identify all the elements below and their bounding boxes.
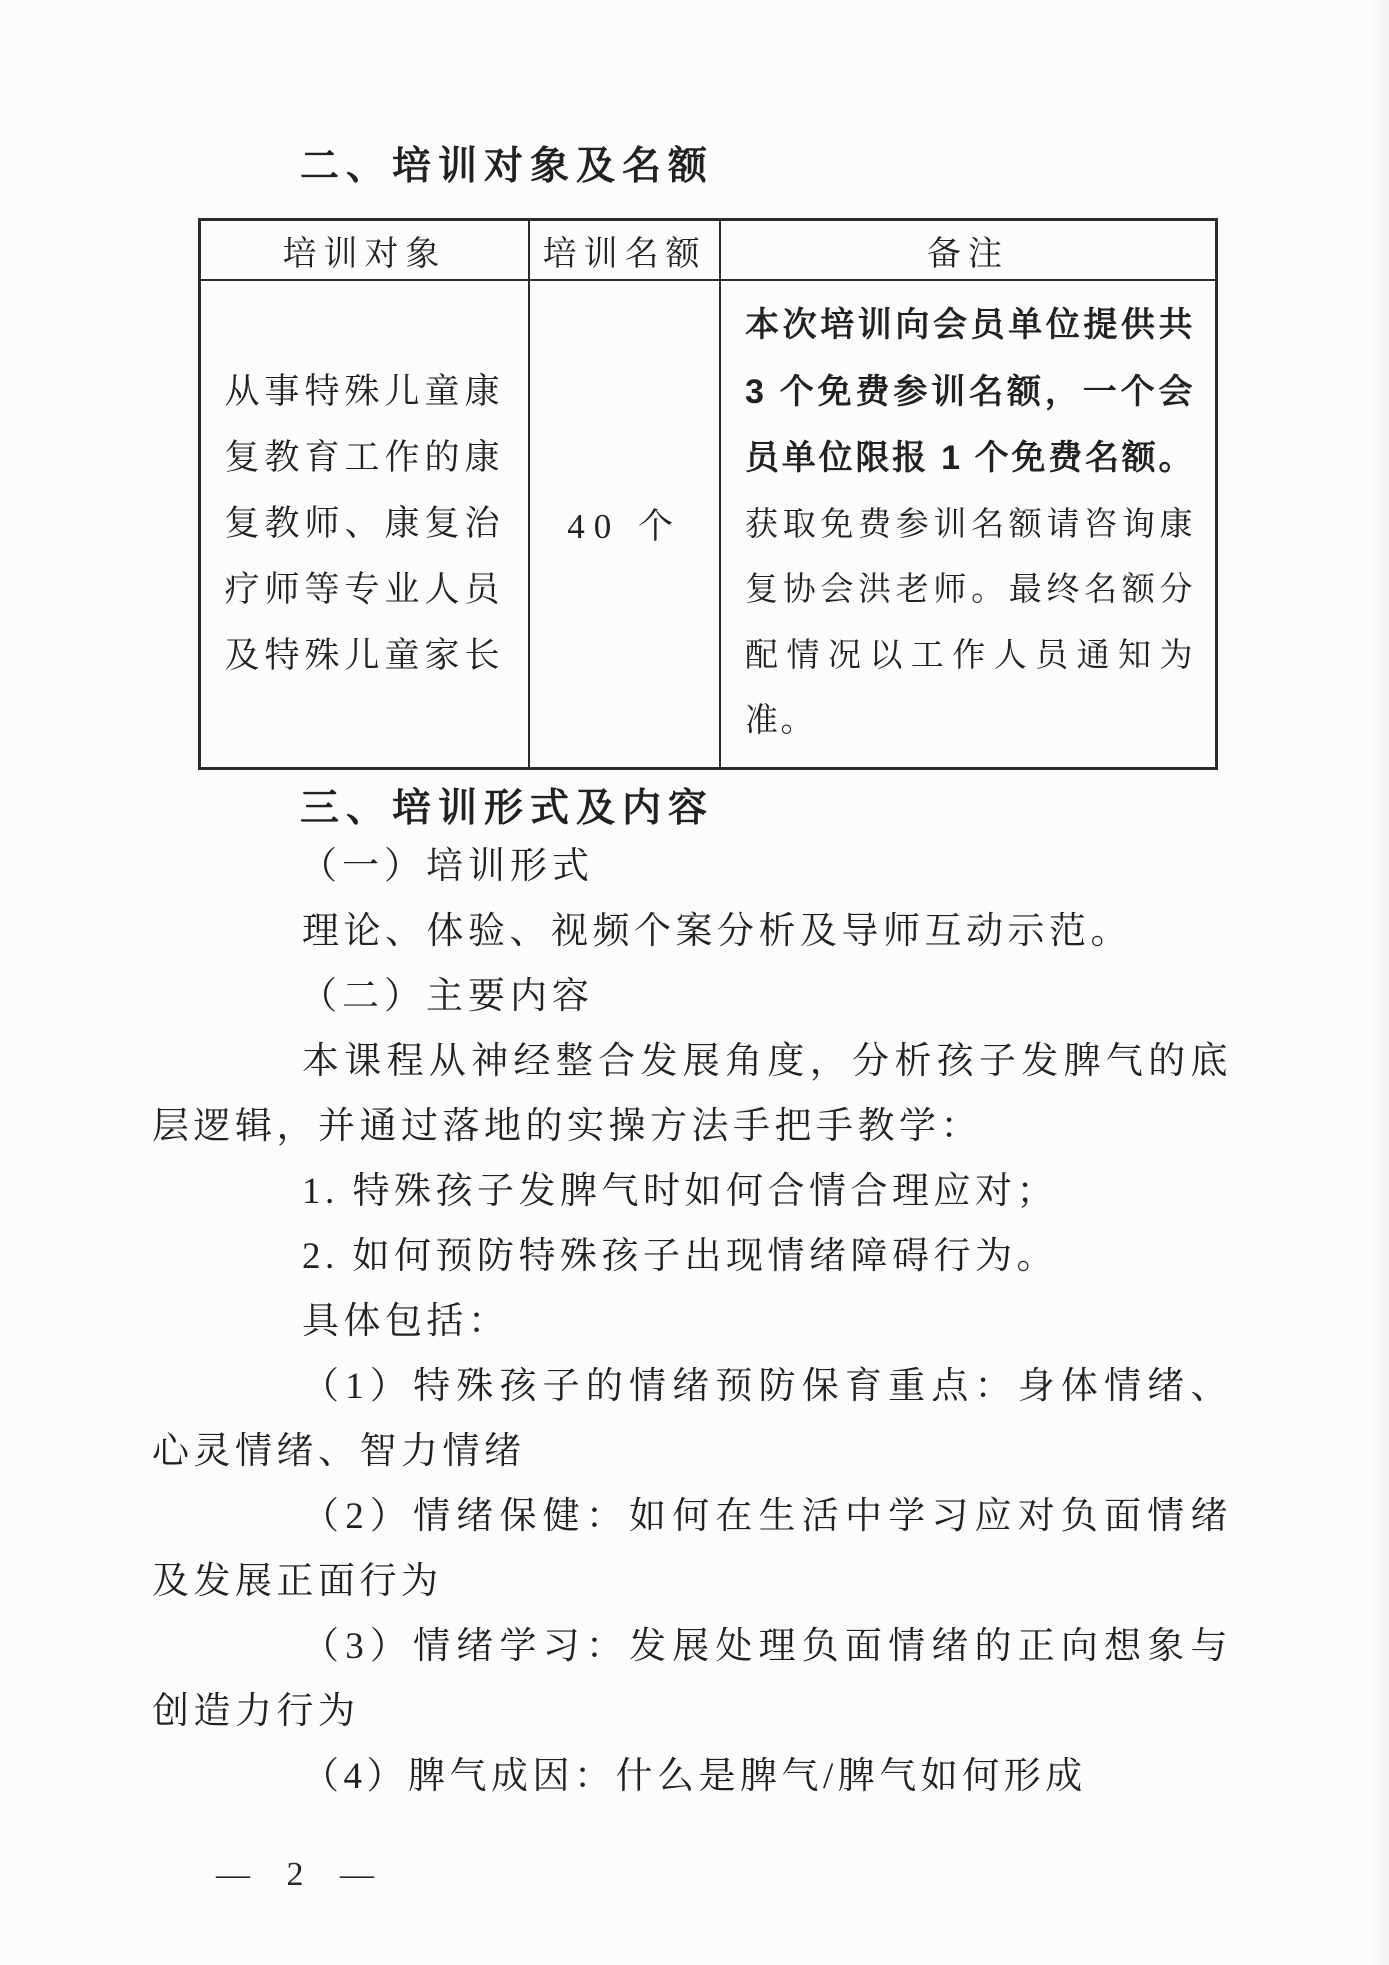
course-point-2: （2）情绪保健：如何在生活中学习应对负面情绪及发展正面行为: [152, 1484, 1232, 1614]
col-header-training-quota: 培训名额: [529, 220, 720, 281]
course-item-1: 1. 特殊孩子发脾气时如何合情合理应对；: [152, 1159, 1232, 1224]
section3-heading: 三、培训形式及内容: [152, 784, 1232, 834]
cell-remarks: 本次培训向会员单位提供共 3 个免费参训名额，一个会员单位限报 1 个免费名额。…: [720, 280, 1216, 768]
remarks-regular-text: 获取免费参训名额请咨询康复协会洪老师。最终名额分配情况以工作人员通知为准。: [745, 507, 1195, 740]
course-point-1: （1）特殊孩子的情绪预防保育重点：身体情绪、心灵情绪、智力情绪: [152, 1354, 1232, 1484]
training-quota-table: 培训对象 培训名额 备注 从事特殊儿童康复教育工作的康复教师、康复治疗师等专业人…: [198, 218, 1218, 770]
course-intro-paragraph: 本课程从神经整合发展角度，分析孩子发脾气的底层逻辑，并通过落地的实操方法手把手教…: [152, 1029, 1232, 1159]
cell-training-quota: 40 个: [529, 280, 720, 768]
table-row: 从事特殊儿童康复教育工作的康复教师、康复治疗师等专业人员及特殊儿童家长 40 个…: [200, 280, 1217, 768]
include-label: 具体包括：: [152, 1289, 1232, 1354]
course-point-3: （3）情绪学习：发展处理负面情绪的正向想象与创造力行为: [152, 1614, 1232, 1744]
sub-heading-main-content: （二）主要内容: [152, 964, 1232, 1029]
section2-heading: 二、培训对象及名额: [152, 142, 1232, 192]
remarks-bold-text: 本次培训向会员单位提供共 3 个免费参训名额，一个会员单位限报 1 个免费名额。: [745, 306, 1195, 477]
document-content: 二、培训对象及名额 培训对象 培训名额 备注 从事特殊儿童康复教育工作的康复教师…: [152, 142, 1232, 1809]
course-item-2: 2. 如何预防特殊孩子出现情绪障碍行为。: [152, 1224, 1232, 1289]
page-number: — 2 —: [216, 1856, 388, 1894]
course-point-4: （4）脾气成因：什么是脾气/脾气如何形成: [152, 1744, 1232, 1809]
col-header-training-target: 培训对象: [200, 220, 530, 281]
col-header-remarks: 备注: [720, 220, 1216, 281]
cell-training-target: 从事特殊儿童康复教育工作的康复教师、康复治疗师等专业人员及特殊儿童家长: [200, 280, 530, 768]
document-page: { "page": { "number": "— 2 —" }, "sectio…: [0, 0, 1389, 1965]
table-header-row: 培训对象 培训名额 备注: [200, 220, 1217, 281]
training-format-text: 理论、体验、视频个案分析及导师互动示范。: [152, 899, 1232, 964]
sub-heading-training-format: （一）培训形式: [152, 834, 1232, 899]
